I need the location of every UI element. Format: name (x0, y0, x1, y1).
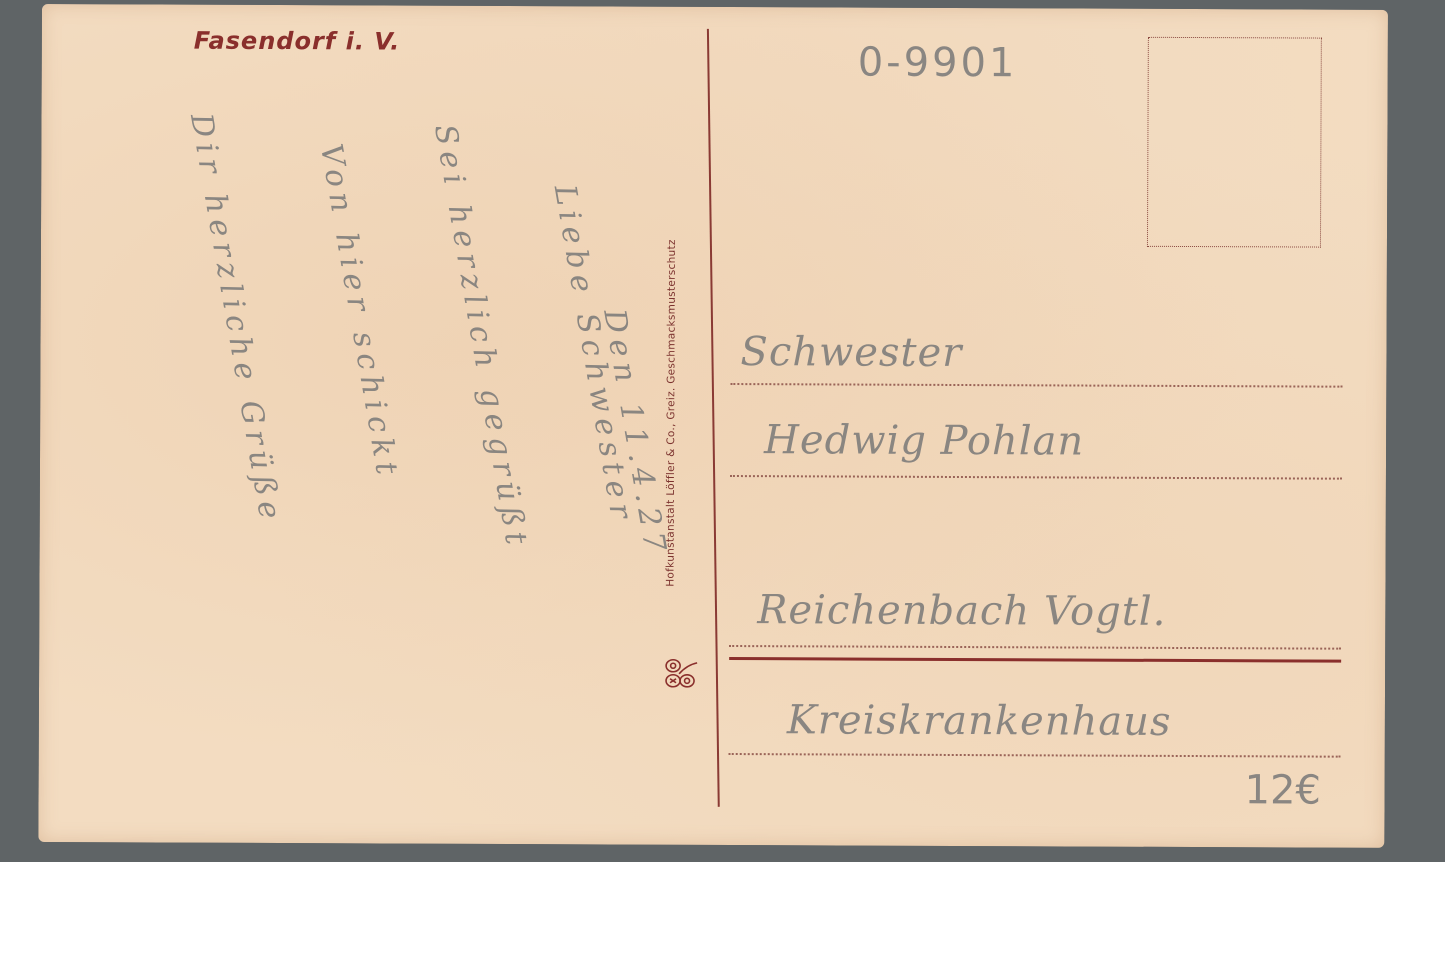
address-rule (729, 645, 1341, 650)
address-solid-rule (729, 657, 1341, 663)
vertical-divider (707, 29, 720, 807)
address-line-4: Kreiskrankenhaus (787, 697, 1172, 745)
address-line-3: Reichenbach Vogtl. (757, 587, 1166, 635)
publisher-imprint: Hofkunstanstalt Löffler & Co., Greiz. Ge… (664, 239, 678, 587)
stamp-box (1147, 37, 1322, 248)
address-line-2: Hedwig Pohlan (764, 417, 1084, 464)
address-rule (729, 753, 1341, 758)
postcard: Fasendorf i. V. Dir herzliche Grüße Von … (38, 4, 1388, 848)
clover-logo-icon (663, 657, 703, 691)
message-line: Sei herzlich gegrüßt (427, 122, 535, 553)
address-rule (730, 475, 1342, 480)
address-line-1: Schwester (740, 329, 962, 376)
price-tag: 12€ (1244, 767, 1321, 813)
address-rule (730, 383, 1342, 388)
message-line: Von hier schickt (313, 141, 405, 483)
message-line: Dir herzliche Grüße (183, 111, 288, 528)
place-title: Fasendorf i. V. (194, 27, 401, 56)
reference-number: 0-9901 (858, 40, 1018, 87)
